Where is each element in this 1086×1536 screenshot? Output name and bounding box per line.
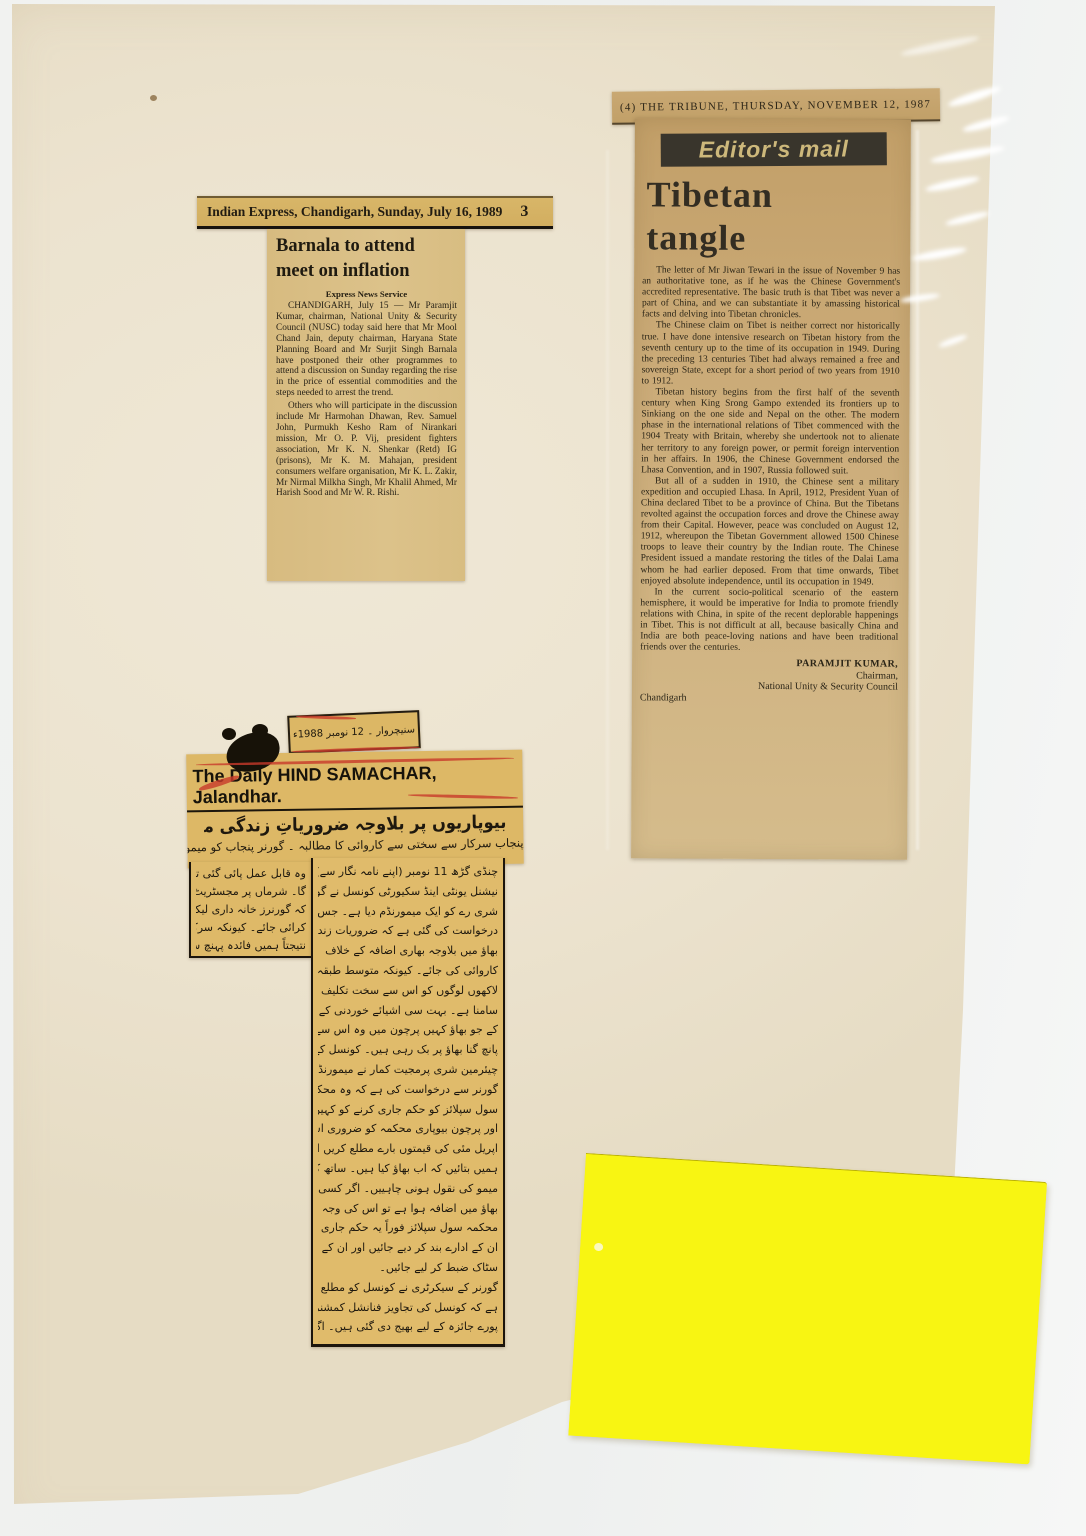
urdu-text-line: سٹاک ضبط کر لیے جائیں۔ (318, 1258, 498, 1278)
ink-blot-dot (252, 724, 268, 737)
editors-mail-section-label: Editor's mail (661, 132, 887, 167)
hind-samachar-left-column: وہ قابل عمل پائی گئی تو ان پر عمل کیا جا… (189, 862, 311, 958)
urdu-text-line: نتیجتاً ہمیں فائدہ پہنچ سکتا ہے۔ (196, 937, 306, 955)
indian-express-byline: Express News Service (276, 289, 457, 299)
urdu-text-line: چیئرمین شری پرمجیت کمار نے میمورنڈم میں (318, 1060, 498, 1080)
urdu-text-line: سامنا ہے۔ بہت سی اشیائے خوردنی کے تھوک (318, 1001, 498, 1021)
indian-express-article: Barnala to attend meet on inflation Expr… (267, 229, 465, 581)
urdu-text-line: شری رے کو ایک میمورنڈم دیا ہے۔ جس میں (318, 902, 498, 922)
urdu-text-line: کہ گورنرز خانہ داری لیکن علیحدہ کاروائی (196, 901, 306, 919)
urdu-text-line: ان کے ادارے بند کر دیے جائیں اور ان کے (318, 1238, 498, 1258)
indian-express-page-number: 3 (520, 203, 528, 221)
tribune-masthead: (4) THE TRIBUNE, THURSDAY, NOVEMBER 12, … (620, 98, 931, 113)
urdu-text-line: گورنر کے سیکرٹری نے کونسل کو مطلع کیا (318, 1278, 498, 1298)
paper-speck (150, 95, 157, 101)
tribune-paragraph: The letter of Mr Jiwan Tewari in the iss… (642, 265, 900, 322)
hind-samachar-right-column: چنڈی گڑھ 11 نومبر (اپنے نامہ نگار سے)نیش… (311, 858, 505, 1347)
urdu-text-line: سول سپلائز کو حکم جاری کرنے کو کہیں۔ تھو… (318, 1100, 498, 1120)
urdu-text-line: محکمہ سول سپلائز فوراً یہ حکم جاری کرے (318, 1218, 498, 1238)
urdu-text-line: پورے جائزہ کے لیے بھیج دی گئی ہیں۔ اگر (318, 1317, 498, 1337)
hind-samachar-headline: بیوپاریوں پر بلاوجہ ضروریاتِ زندگی میں ا… (204, 812, 507, 837)
urdu-text-line: میمو کی نقول ہونی چاہییں۔ اگر کسی چیز کے (318, 1179, 498, 1199)
urdu-text-line: پانچ گنا بھاؤ پر بک رہی ہیں۔ کونسل کے (318, 1040, 498, 1060)
indian-express-paragraph: CHANDIGARH, July 15 — Mr Paramjit Kumar,… (276, 301, 457, 399)
urdu-text-line: درخواست کی گئی ہے کہ ضروریات زندگی کے (318, 921, 498, 941)
tribune-paragraph: Tibetan history begins from the first ha… (641, 387, 899, 477)
plastic-edge-line (916, 130, 919, 850)
urdu-text-line: لاکھوں لوگوں کو اس سے سخت تکلیف کا (318, 981, 498, 1001)
tribune-paragraph: In the current socio-political scenario … (640, 587, 898, 655)
urdu-text-line: بھاؤ میں بلاوجہ بھاری اضافہ کے خلاف (318, 941, 498, 961)
note-speck (594, 1243, 603, 1252)
indian-express-masthead: Indian Express, Chandigarh, Sunday, July… (207, 204, 502, 220)
indian-express-masthead-strip: Indian Express, Chandigarh, Sunday, July… (197, 196, 553, 229)
yellow-note-card (568, 1153, 1047, 1464)
urdu-text-line: ہمیں بتائیں کہ اب بھاؤ کیا ہیں۔ ساتھ کیش (318, 1159, 498, 1179)
plastic-edge-line (606, 150, 609, 850)
tribune-paragraph: But all of a sudden in 1910, the Chinese… (640, 476, 899, 588)
indian-express-headline: Barnala to attend meet on inflation (276, 234, 457, 284)
urdu-text-line: ہے کہ کونسل کی تجاویز فنانشل کمشنر ریونی… (318, 1298, 498, 1318)
urdu-text-line: اپریل مئی کی قیمتوں بارے مطلع کریں اور (318, 1139, 498, 1159)
indian-express-paragraph: Others who will participate in the discu… (276, 401, 457, 499)
urdu-text-line: وہ قابل عمل پائی گئی تو ان پر عمل کیا جا… (196, 865, 306, 883)
urdu-text-line: گورنر سے درخواست کی ہے کہ وہ محکمہ (318, 1080, 498, 1100)
urdu-text-line: بھاؤ میں اضافہ ہوا ہے تو اس کی وجہ بتائی… (318, 1199, 498, 1219)
urdu-text-line: کے جو بھاؤ کہیں پرچون میں وہ اس سے چار (318, 1020, 498, 1040)
tribune-signature: PARAMJIT KUMAR,Chairman,National Unity &… (640, 658, 898, 694)
urdu-text-line: کاروائی کی جائے۔ کیونکہ متوسط طبقہ کے (318, 961, 498, 981)
urdu-text-line: کرائی جائے۔ کیونکہ سرکاری مداخلت سے ہی (196, 919, 306, 937)
tribune-paragraphs: The letter of Mr Jiwan Tewari in the iss… (640, 265, 900, 655)
tribune-paragraph: The Chinese claim on Tibet is neither co… (642, 321, 900, 389)
hind-samachar-subhead: پنجاب سرکار سے سختی سے کاروائی کا مطالبہ… (187, 836, 523, 855)
scanned-album-page: Indian Express, Chandigarh, Sunday, July… (0, 0, 1086, 1536)
ink-blot-dot (222, 728, 236, 740)
urdu-text-line: اور پرچون بیوپاری محکمہ کو ضروری اشیاء ک… (318, 1119, 498, 1139)
tribune-article: Editor's mail Tibetan tangle The letter … (631, 118, 911, 859)
tribune-headline: Tibetan tangle (646, 173, 900, 260)
urdu-text-line: نیشنل یونٹی اینڈ سکیورٹی کونسل نے گورنر … (318, 882, 498, 902)
urdu-text-line: چنڈی گڑھ 11 نومبر (اپنے نامہ نگار سے) (318, 862, 498, 882)
indian-express-paragraphs: CHANDIGARH, July 15 — Mr Paramjit Kumar,… (276, 301, 457, 499)
tribune-signature-place: Chandigarh (640, 692, 898, 705)
urdu-text-line: گا۔ شرماں پر مجسٹریٹ سے امید ظاہر کی ہے (196, 883, 306, 901)
